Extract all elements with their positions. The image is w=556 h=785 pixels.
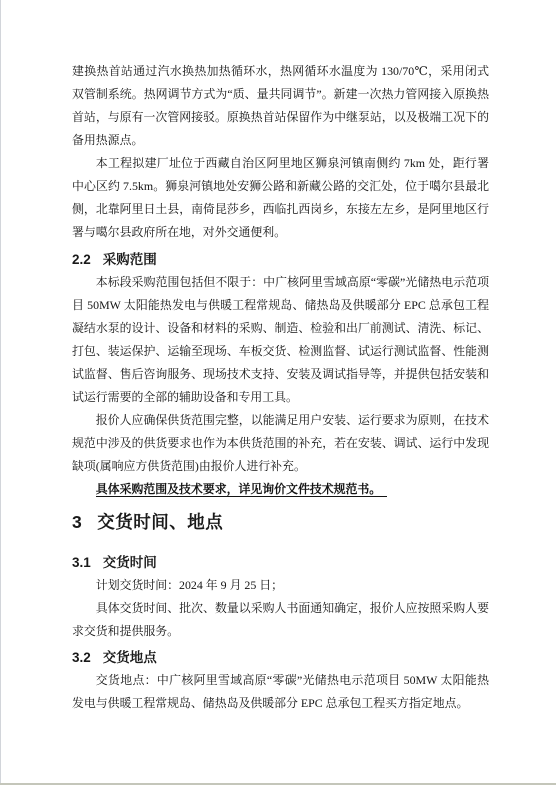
section-number: 3.2 — [72, 650, 91, 665]
underlined-text: 具体采购范围及技术要求，详见询价文件技术规范书。 — [96, 482, 387, 497]
chapter-number: 3 — [72, 512, 82, 532]
section-number: 3.1 — [72, 555, 91, 570]
paragraph-procurement-scope: 本标段采购范围包括但不限于：中广核阿里雪域高原“零碳”光储热电示范项目 50MW… — [72, 271, 489, 409]
section-title: 交货时间 — [103, 555, 157, 570]
document-body: 建换热首站通过汽水换热加热循环水，热网循环水温度为 130/70℃，采用闭式双管… — [72, 0, 489, 715]
chapter-heading-3: 3交货时间、地点 — [72, 509, 489, 535]
section-heading-2-2: 2.2采购范围 — [72, 248, 489, 271]
section-heading-3-1: 3.1交货时间 — [72, 551, 489, 574]
section-number: 2.2 — [72, 252, 91, 267]
paragraph-heating-station: 建换热首站通过汽水换热加热循环水，热网循环水温度为 130/70℃，采用闭式双管… — [72, 60, 489, 152]
chapter-title: 交货时间、地点 — [97, 512, 223, 532]
document-page: 建换热首站通过汽水换热加热循环水，热网循环水温度为 130/70℃，采用闭式双管… — [0, 0, 556, 785]
paragraph-supply-completeness: 报价人应确保供货范围完整，以能满足用户安装、运行要求为原则，在技术规范中涉及的供… — [72, 409, 489, 478]
paragraph-planned-delivery-date: 计划交货时间：2024 年 9 月 25 日； — [72, 574, 489, 597]
section-title: 交货地点 — [103, 650, 157, 665]
paragraph-site-location: 本工程拟建厂址位于西藏自治区阿里地区狮泉河镇南侧约 7km 处，距行署中心区约 … — [72, 152, 489, 244]
section-title: 采购范围 — [103, 252, 157, 267]
section-heading-3-2: 3.2交货地点 — [72, 646, 489, 669]
paragraph-delivery-location: 交货地点：中广核阿里雪域高原“零碳”光储热电示范项目 50MW 太阳能热发电与供… — [72, 669, 489, 715]
paragraph-delivery-notice: 具体交货时间、批次、数量以采购人书面通知确定，报价人应按照采购人要求交货和提供服… — [72, 597, 489, 643]
page-left-edge — [0, 0, 1, 785]
paragraph-see-technical-spec: 具体采购范围及技术要求，详见询价文件技术规范书。 — [72, 478, 489, 501]
